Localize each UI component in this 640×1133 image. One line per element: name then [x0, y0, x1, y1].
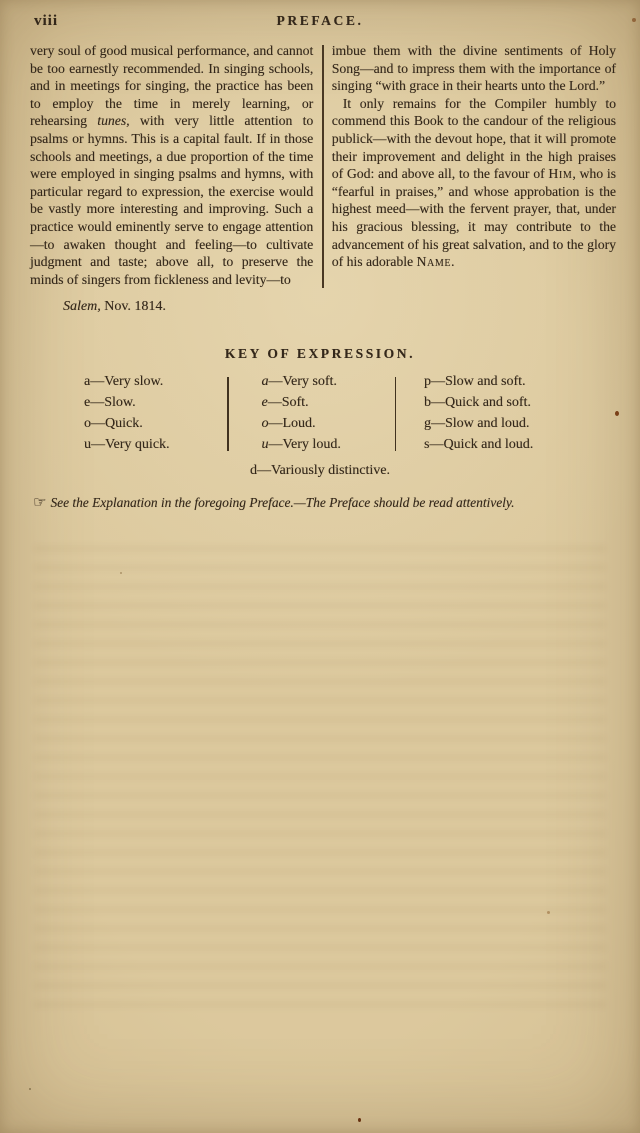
dateline: Salem, Nov. 1814. — [63, 299, 640, 315]
right-column-paragraph-1: imbue them with the divine sentiments of… — [332, 42, 616, 95]
manicule-icon: ☞ — [33, 495, 46, 511]
left-column: very soul of good musical performance, a… — [30, 42, 313, 288]
dateline-date: Nov. 1814. — [101, 299, 166, 314]
paper-speck — [358, 1118, 361, 1122]
key-item: a—Very soft. — [262, 372, 395, 393]
paper-speck — [29, 1088, 31, 1090]
key-column-tempo: a—Very slow. e—Slow. o—Quick. u—Very qui… — [84, 372, 227, 455]
page-header: viii PREFACE. — [0, 0, 640, 32]
key-item: u—Very loud. — [262, 435, 395, 456]
left-column-paragraph: very soul of good musical performance, a… — [30, 42, 313, 288]
page-show-through — [34, 545, 606, 1015]
key-item: b—Quick and soft. — [424, 393, 533, 414]
key-item: p—Slow and soft. — [424, 372, 533, 393]
key-item: g—Slow and loud. — [424, 414, 533, 435]
two-column-text: very soul of good musical performance, a… — [0, 42, 640, 288]
key-of-expression-title: KEY OF EXPRESSION. — [0, 346, 640, 362]
page-number: viii — [34, 13, 58, 30]
footnote: ☞See the Explanation in the foregoing Pr… — [33, 493, 616, 512]
key-item: u—Very quick. — [84, 435, 227, 456]
key-column-combined: p—Slow and soft. b—Quick and soft. g—Slo… — [396, 372, 533, 455]
footnote-text: See the Explanation in the foregoing Pre… — [50, 495, 514, 510]
book-page: viii PREFACE. very soul of good musical … — [0, 0, 640, 1133]
key-item: o—Loud. — [262, 414, 395, 435]
key-footer: d—Variously distinctive. — [0, 463, 640, 479]
paper-speck — [547, 911, 550, 914]
key-item: a—Very slow. — [84, 372, 227, 393]
key-column-dynamics: a—Very soft. e—Soft. o—Loud. u—Very loud… — [229, 372, 395, 455]
dateline-place: Salem, — [63, 299, 101, 314]
right-column-paragraph-2: It only remains for the Compiler humbly … — [332, 95, 616, 271]
page-title: PREFACE. — [0, 13, 640, 29]
expression-key-table: a—Very slow. e—Slow. o—Quick. u—Very qui… — [84, 372, 640, 455]
key-item: e—Soft. — [262, 393, 395, 414]
paper-speck — [120, 572, 122, 574]
key-item: o—Quick. — [84, 414, 227, 435]
key-item: s—Quick and loud. — [424, 435, 533, 456]
key-item: e—Slow. — [84, 393, 227, 414]
right-column: imbue them with the divine sentiments of… — [332, 42, 616, 288]
column-rule — [322, 45, 324, 288]
